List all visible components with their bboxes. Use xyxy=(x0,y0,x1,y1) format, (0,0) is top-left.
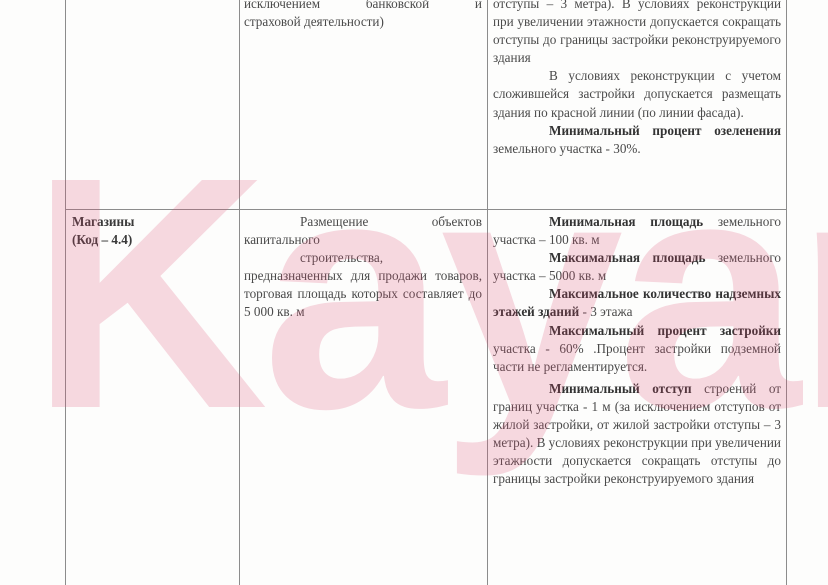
table-column-divider xyxy=(239,0,240,585)
description-line: капитального xyxy=(244,231,482,249)
row-shops-description: Размещение объектов капитального строите… xyxy=(244,213,482,322)
description-line: Размещение объектов xyxy=(244,213,482,231)
setback-tail-text: отступы – 3 метра). В условиях реконстру… xyxy=(493,0,781,67)
param-label: Максимальный процент застройки xyxy=(549,323,781,338)
use-code: (Код – 4.4) xyxy=(72,231,232,249)
param-value: земельного участка - 30%. xyxy=(493,141,641,156)
param-max-floors: Максимальное количество надземных этажей… xyxy=(493,285,781,321)
param-max-coverage: Максимальный процент застройки участка -… xyxy=(493,322,781,376)
description-line: строительства, xyxy=(244,249,482,267)
param-label: Минимальный отступ xyxy=(549,381,692,396)
description-text: предназначенных для продажи товаров, тор… xyxy=(244,267,482,321)
row-divider xyxy=(65,209,787,210)
param-label: Максимальное количество надземных этажей… xyxy=(493,286,781,319)
row-top-description: исключением банковской и страховой деяте… xyxy=(244,0,482,31)
description-line: страховой деятельности) xyxy=(244,13,482,31)
greening-param: Минимальный процент озеленения земельног… xyxy=(493,122,781,158)
table-border-right xyxy=(786,0,787,585)
row-shops-parameters: Минимальная площадь земельного участка –… xyxy=(493,213,781,488)
red-line-text: В условиях реконструкции с учетом сложив… xyxy=(493,67,781,121)
param-label: Минимальная площадь xyxy=(549,214,703,229)
param-value: строений от границ участка - 1 м (за иск… xyxy=(493,381,781,486)
param-max-area: Максимальная площадь земельного участка … xyxy=(493,249,781,285)
param-value: - 3 этажа xyxy=(583,304,633,319)
zoning-regulations-table: исключением банковской и страховой деяте… xyxy=(0,0,828,585)
param-value: участка - 60% .Процент застройки подземн… xyxy=(493,341,781,374)
param-min-area: Минимальная площадь земельного участка –… xyxy=(493,213,781,249)
use-name: Магазины xyxy=(72,213,232,231)
description-line: исключением банковской и xyxy=(244,0,482,13)
param-label: Максимальная площадь xyxy=(549,250,705,265)
param-label: Минимальный процент озеленения xyxy=(549,123,781,138)
row-shops-name: Магазины (Код – 4.4) xyxy=(72,213,232,249)
row-top-parameters: отступы – 3 метра). В условиях реконстру… xyxy=(493,0,781,158)
table-column-divider xyxy=(487,0,488,585)
table-border-left xyxy=(65,0,66,585)
param-min-setback: Минимальный отступ строений от границ уч… xyxy=(493,380,781,489)
